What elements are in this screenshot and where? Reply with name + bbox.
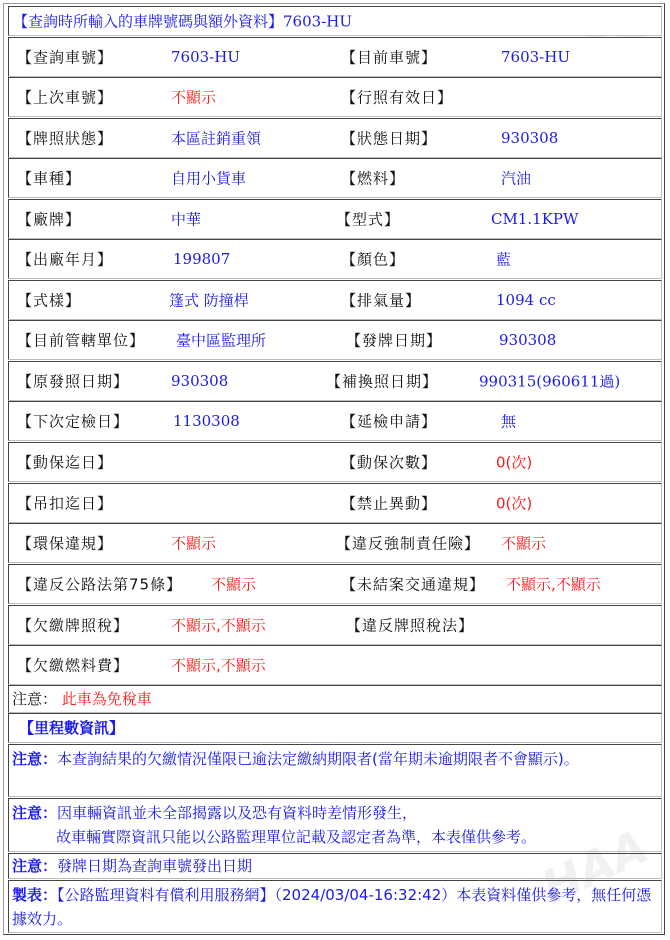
note-text-line2: 故車輛實際資訊只能以公路監理單位記載及認定者為準，本表僅供參考。 <box>12 825 658 849</box>
info-row: 【動保迄日】【動保次數】0(次) <box>8 442 662 482</box>
info-row: 【下次定檢日】1130308【延檢申請】無 <box>8 401 662 441</box>
note-label: 注意： <box>12 804 57 822</box>
field-label: 【欠繳牌照稅】 <box>17 615 129 636</box>
field-label: 【式樣】 <box>17 290 81 311</box>
field-value: 不顯示 <box>501 533 546 554</box>
field-value: 不顯示 <box>211 574 256 595</box>
field-label: 【顏色】 <box>341 249 405 270</box>
field-value: CM1.1KPW <box>491 210 578 228</box>
field-value: 無 <box>501 411 516 432</box>
note-text-line1: 因車輛資訊並未全部揭露以及恐有資料時差情形發生， <box>57 804 417 822</box>
info-row: 【欠繳牌照稅】不顯示,不顯示【違反牌照稅法】 <box>8 605 662 645</box>
field-value: 930308 <box>499 331 556 349</box>
info-row: 【車種】自用小貨車【燃料】汽油 <box>8 158 662 198</box>
field-value: 中華 <box>171 209 201 230</box>
field-value: 臺中區監理所 <box>176 330 266 351</box>
info-row: 【環保違規】不顯示【違反強制責任險】不顯示 <box>8 523 662 563</box>
field-label: 【動保迄日】 <box>17 452 113 473</box>
field-label: 【動保次數】 <box>341 452 437 473</box>
field-label: 【吊扣迄日】 <box>17 493 113 514</box>
field-label: 【違反公路法第75條】 <box>17 574 182 595</box>
field-value: 930308 <box>171 372 228 390</box>
field-label: 【狀態日期】 <box>341 128 437 149</box>
info-row: 【查詢車號】7603-HU【目前車號】7603-HU <box>8 37 662 77</box>
info-row: 【違反公路法第75條】不顯示【未結案交通違規】不顯示,不顯示 <box>8 564 662 604</box>
info-row: 【式樣】篷式 防撞桿【排氣量】1094 cc <box>8 280 662 320</box>
info-row: 【上次車號】不顯示【行照有效日】 <box>8 77 662 117</box>
field-value: 1130308 <box>173 412 240 430</box>
field-label: 【廠牌】 <box>17 209 81 230</box>
field-label: 【原發照日期】 <box>17 371 129 392</box>
field-value: 不顯示,不顯示 <box>506 574 601 595</box>
info-row: 【出廠年月】199807【顏色】藍 <box>8 239 662 279</box>
field-label: 【查詢車號】 <box>17 47 113 68</box>
info-row: 【牌照狀態】本區註銷重領【狀態日期】930308 <box>8 118 662 158</box>
field-label: 【上次車號】 <box>17 87 113 108</box>
field-value: 自用小貨車 <box>171 168 246 189</box>
field-label: 【環保違規】 <box>17 533 113 554</box>
info-row: 【廠牌】中華【型式】CM1.1KPW <box>8 199 662 239</box>
field-label: 【燃料】 <box>341 168 405 189</box>
field-label: 【延檢申請】 <box>341 411 437 432</box>
field-value: 7603-HU <box>501 48 570 66</box>
note-label: 注意： <box>12 750 57 768</box>
field-label: 【目前管轄單位】 <box>17 330 145 351</box>
field-value: 990315(960611過) <box>479 371 620 392</box>
info-row: 【欠繳燃料費】不顯示,不顯示 <box>8 645 662 685</box>
field-label: 【車種】 <box>17 168 81 189</box>
field-label: 【下次定檢日】 <box>17 411 129 432</box>
note-label: 注意： <box>12 857 57 875</box>
tax-note-text: 此車為免稅車 <box>62 690 152 708</box>
query-title-row: 【查詢時所輸入的車牌號碼與額外資料】7603-HU <box>8 6 662 36</box>
mileage-title: 【里程數資訊】 <box>19 719 124 737</box>
field-label: 【補換照日期】 <box>326 371 438 392</box>
info-row: 【原發照日期】930308【補換照日期】990315(960611過) <box>8 361 662 401</box>
field-value: 不顯示,不顯示 <box>171 615 266 636</box>
field-value: 藍 <box>496 249 511 270</box>
field-label: 【出廠年月】 <box>17 249 113 270</box>
query-title: 【查詢時所輸入的車牌號碼與額外資料】 <box>13 13 283 31</box>
field-label: 【行照有效日】 <box>341 87 453 108</box>
field-value: 0(次) <box>496 493 532 514</box>
note-disclaimer: 注意：因車輛資訊並未全部揭露以及恐有資料時差情形發生， 故車輛實際資訊只能以公路… <box>8 798 662 852</box>
field-value: 1094 cc <box>496 291 556 309</box>
field-value: 不顯示 <box>171 533 216 554</box>
note-text: 本查詢結果的欠繳情況僅限已逾法定繳納期限者(當年期未逾期限者不會顯示)。 <box>57 750 579 768</box>
footer-text: 【公路監理資料有償利用服務網】（2024/03/04-16:32:42）本表資料… <box>12 886 651 928</box>
report-footer: 製表：【公路監理資料有償利用服務網】（2024/03/04-16:32:42）本… <box>8 880 662 933</box>
info-row: 【目前管轄單位】臺中區監理所【發牌日期】930308 <box>8 320 662 360</box>
field-label: 【違反強制責任險】 <box>336 533 480 554</box>
field-label: 【禁止異動】 <box>341 493 437 514</box>
field-label: 【排氣量】 <box>341 290 421 311</box>
field-value: 不顯示,不顯示 <box>171 655 266 676</box>
field-label: 【未結案交通違規】 <box>341 574 485 595</box>
field-label: 【目前車號】 <box>341 47 437 68</box>
footer-label: 製表： <box>12 886 57 904</box>
field-label: 【違反牌照稅法】 <box>346 615 474 636</box>
field-value: 本區註銷重領 <box>171 128 261 149</box>
field-value: 汽油 <box>501 168 531 189</box>
query-plate: 7603-HU <box>283 13 352 31</box>
field-value: 199807 <box>173 250 230 268</box>
field-label: 【型式】 <box>336 209 400 230</box>
note-arrears: 注意：本查詢結果的欠繳情況僅限已逾法定繳納期限者(當年期未逾期限者不會顯示)。 <box>8 744 662 797</box>
note-text: 發牌日期為查詢車號發出日期 <box>57 857 252 875</box>
tax-exempt-note: 注意： 此車為免稅車 <box>8 685 662 713</box>
tax-note-label: 注意： <box>12 690 57 708</box>
field-value: 篷式 防撞桿 <box>169 290 249 311</box>
field-value: 930308 <box>501 129 558 147</box>
field-label: 【欠繳燃料費】 <box>17 655 129 676</box>
field-value: 不顯示 <box>171 87 216 108</box>
note-issue-date: 注意：發牌日期為查詢車號發出日期 <box>8 853 662 879</box>
field-label: 【牌照狀態】 <box>17 128 113 149</box>
field-label: 【發牌日期】 <box>346 330 442 351</box>
info-row: 【吊扣迄日】【禁止異動】0(次) <box>8 483 662 523</box>
field-value: 7603-HU <box>171 48 240 66</box>
mileage-section-header: 【里程數資訊】 <box>8 713 662 743</box>
field-value: 0(次) <box>496 452 532 473</box>
